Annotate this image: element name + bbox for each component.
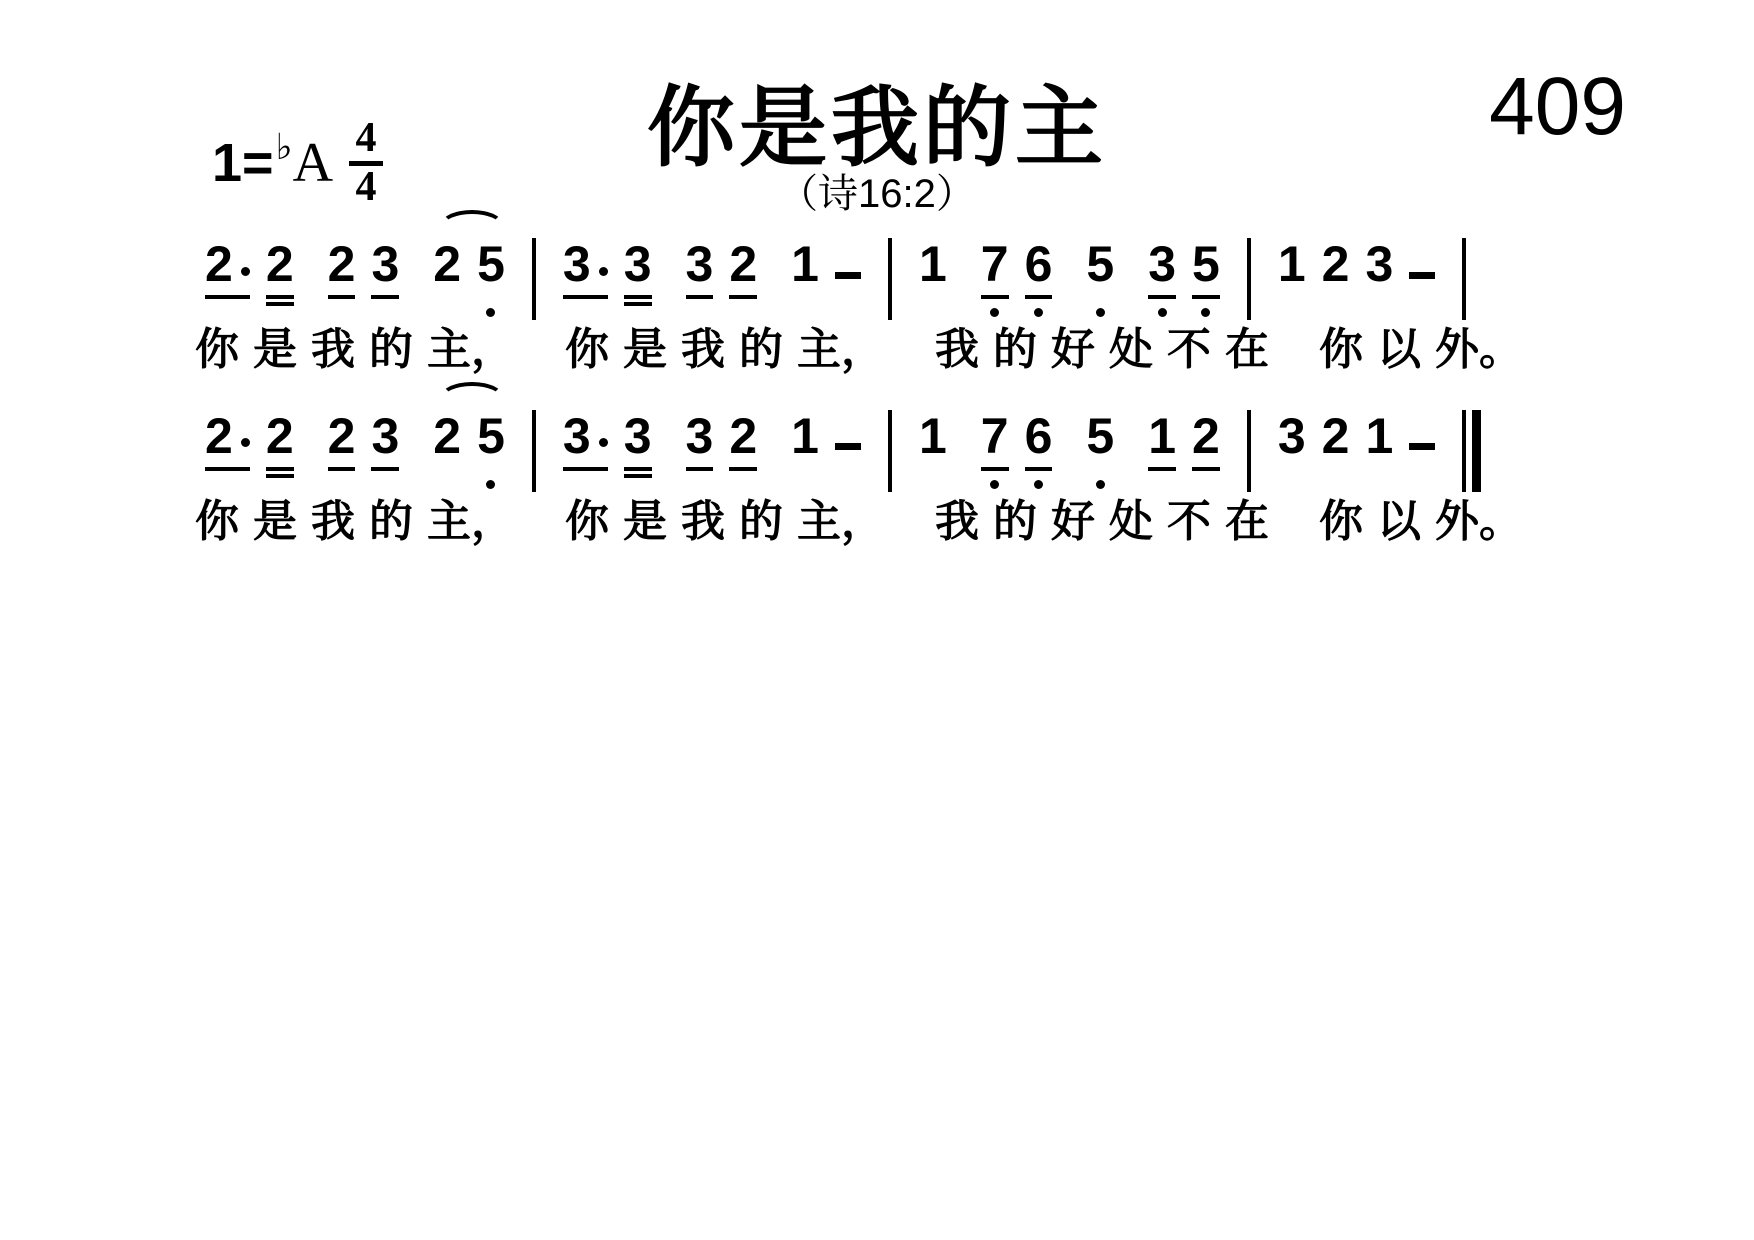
glyph-row: 1: [791, 410, 819, 462]
low-octave-dot: [486, 480, 495, 489]
octave-dot-row: [371, 308, 399, 323]
note-number: 5: [477, 239, 505, 289]
dash: [835, 272, 861, 279]
beam-line-2: [563, 302, 608, 306]
lyric-phrase: 你是我的主，: [188, 497, 522, 548]
beam-line: [1025, 295, 1053, 299]
glyph-row: 6: [1025, 410, 1053, 462]
glyph-row: 1: [791, 238, 819, 290]
beam-line-2: [1148, 302, 1176, 306]
octave-dot-row: [1278, 480, 1306, 495]
measure: 222325: [188, 238, 522, 323]
note-unit: 33: [555, 238, 660, 323]
octave-dot-row: [835, 308, 861, 323]
note-unit: 5: [1078, 238, 1122, 323]
beam-line-2: [1409, 474, 1435, 478]
lyrics-line: 你是我的主，你是我的主，我的好处不在你以外。: [188, 325, 1634, 376]
notes-row: 22232533321176512321: [188, 410, 1634, 495]
note: 1: [783, 238, 827, 323]
note: 3: [1140, 238, 1184, 323]
beam-line-2: [791, 302, 819, 306]
lyric-syllable: 处: [1102, 325, 1160, 376]
glyph-row: 3: [624, 238, 652, 290]
scripture-reference: （诗16:2）: [0, 162, 1754, 219]
octave-dot-row: [835, 480, 861, 495]
note: 3: [363, 410, 407, 495]
beam-line: [266, 467, 294, 471]
note-number: 2: [1192, 411, 1220, 461]
beam-line-2: [729, 302, 757, 306]
note-unit: 76: [973, 238, 1061, 323]
slur: [439, 210, 505, 244]
sheet-music-page: 1= ♭ A 4 4 你是我的主 （诗16:2） 409 22232533321…: [0, 0, 1754, 1240]
beam-line-2: [1409, 302, 1435, 306]
note-number: 3: [563, 411, 591, 461]
beam-line-2: [1365, 302, 1393, 306]
note-unit: 22: [197, 238, 302, 323]
note: 5: [469, 238, 513, 323]
octave-dot-row: [328, 480, 356, 495]
note-unit: 1: [911, 238, 955, 323]
note-number: 3: [686, 239, 714, 289]
octave-dot-row: [266, 308, 294, 323]
beam-line-2: [686, 474, 714, 478]
beam-line-2: [1278, 474, 1306, 478]
glyph-row: 3: [1365, 238, 1393, 290]
glyph-row: 1: [1148, 410, 1176, 462]
slur: [439, 382, 505, 416]
beam-line: [1148, 295, 1176, 299]
beam-line-2: [1025, 474, 1053, 478]
glyph-row: 2: [1192, 410, 1220, 462]
beam-line: [563, 467, 608, 471]
low-octave-dot: [1158, 308, 1167, 317]
note-number: 2: [205, 239, 233, 289]
note-number: 2: [433, 239, 461, 289]
beam-line-2: [477, 474, 505, 478]
augmentation-dot: [599, 438, 608, 447]
octave-dot-row: [1148, 308, 1176, 323]
note-unit: 321: [1270, 410, 1443, 495]
low-octave-dot: [1201, 308, 1210, 317]
lyric-phrase: 你以外。: [1312, 325, 1530, 376]
octave-dot-row: [791, 308, 819, 323]
lyric-syllable: 在: [1218, 497, 1276, 548]
note-number: 2: [328, 411, 356, 461]
note: 2: [1314, 238, 1358, 323]
glyph-row: 3: [563, 238, 608, 290]
measure: 33321: [546, 410, 878, 495]
lyrics-line: 你是我的主，你是我的主，我的好处不在你以外。: [188, 497, 1634, 548]
glyph-row: 1: [1278, 238, 1306, 290]
dash-note: [827, 238, 869, 323]
note-number: 3: [686, 411, 714, 461]
glyph-row: 3: [563, 410, 608, 462]
beam-line: [371, 467, 399, 471]
beam-line: [624, 295, 652, 299]
glyph-row: 2: [1322, 410, 1350, 462]
beam-line: [686, 467, 714, 471]
octave-dot-row: [1086, 480, 1114, 495]
note: 5: [1078, 238, 1122, 323]
note-number: 2: [266, 239, 294, 289]
beam-line: [1192, 295, 1220, 299]
note-unit: 33: [555, 410, 660, 495]
lyric-syllable: 你: [188, 497, 246, 548]
note-number: 2: [205, 411, 233, 461]
octave-dot-row: [1278, 308, 1306, 323]
barline: [888, 238, 892, 320]
low-octave-dot: [990, 480, 999, 489]
glyph-row: 3: [1278, 410, 1306, 462]
beam-line: [371, 295, 399, 299]
note-number: 1: [791, 239, 819, 289]
lyric-syllable: 的: [362, 325, 420, 376]
glyph-row: 1: [919, 410, 947, 462]
octave-dot-row: [1409, 308, 1435, 323]
lyric-syllable: 我: [304, 497, 362, 548]
lyric-syllable: 我: [674, 497, 732, 548]
beam-line-2: [1322, 302, 1350, 306]
lyric-phrase: 我的好处不在: [928, 325, 1276, 376]
note: 3: [616, 238, 660, 323]
note-number: 3: [563, 239, 591, 289]
note-number: 5: [477, 411, 505, 461]
octave-dot-row: [563, 480, 608, 495]
octave-dot-row: [981, 480, 1009, 495]
beam-line-2: [477, 302, 505, 306]
measure: 176535: [902, 238, 1237, 323]
beam-line-2: [205, 474, 250, 478]
beam-line-2: [205, 302, 250, 306]
glyph-row: 2: [328, 238, 356, 290]
beam-line: [1148, 467, 1176, 471]
notes-row: 22232533321176535123: [188, 238, 1634, 323]
note: 3: [616, 410, 660, 495]
glyph-row: 5: [477, 238, 505, 290]
octave-dot-row: [433, 480, 461, 495]
beam-line: [981, 295, 1009, 299]
beam-line: [563, 295, 608, 299]
note: 3: [678, 238, 722, 323]
music-line: 22232533321176535123你是我的主，你是我的主，我的好处不在你以…: [188, 238, 1634, 376]
octave-dot-row: [686, 480, 714, 495]
note-unit: 123: [1270, 238, 1443, 323]
lyric-syllable: 外。: [1428, 497, 1530, 548]
beam-line-2: [1086, 302, 1114, 306]
lyric-syllable: 的: [732, 325, 790, 376]
octave-dot-row: [624, 480, 652, 495]
beam-line: [433, 295, 461, 299]
note-number: 3: [371, 239, 399, 289]
lyric-syllable: 的: [362, 497, 420, 548]
octave-dot-row: [791, 480, 819, 495]
lyric-syllable: 我: [928, 325, 986, 376]
note: 2: [1184, 410, 1228, 495]
beam-line: [477, 295, 505, 299]
beam-line: [328, 295, 356, 299]
note: 3: [363, 238, 407, 323]
octave-dot-row: [1322, 308, 1350, 323]
note: 5: [1078, 410, 1122, 495]
beam-line: [433, 467, 461, 471]
glyph-row: 2: [205, 410, 250, 462]
note: 6: [1017, 410, 1061, 495]
glyph-row: 7: [981, 410, 1009, 462]
beam-line-2: [1192, 302, 1220, 306]
beam-line: [624, 467, 652, 471]
lyric-phrase: 我的好处不在: [928, 497, 1276, 548]
glyph-row: 2: [729, 238, 757, 290]
glyph-row: 5: [1086, 238, 1114, 290]
octave-dot-row: [205, 308, 250, 323]
note: 1: [1357, 410, 1401, 495]
beam-line: [266, 295, 294, 299]
note-number: 1: [791, 411, 819, 461]
barline: [1247, 410, 1251, 492]
beam-line: [1025, 467, 1053, 471]
lyric-phrase: 你是我的主，: [188, 325, 522, 376]
glyph-row: 5: [1086, 410, 1114, 462]
lyric-syllable: 我: [674, 325, 732, 376]
glyph-row: 3: [624, 410, 652, 462]
beam-line: [1409, 467, 1435, 471]
beam-line: [835, 467, 861, 471]
barline: [532, 410, 536, 492]
lyric-syllable: 以: [1370, 325, 1428, 376]
dash-note: [1401, 238, 1443, 323]
note: 3: [1357, 238, 1401, 323]
note: 2: [258, 410, 302, 495]
lyric-syllable: 我: [304, 325, 362, 376]
octave-dot-row: [1192, 308, 1220, 323]
measure: 222325: [188, 410, 522, 495]
beam-line-2: [791, 474, 819, 478]
note: 2: [320, 410, 364, 495]
note: 7: [973, 238, 1017, 323]
music-line: 22232533321176512321你是我的主，你是我的主，我的好处不在你以…: [188, 410, 1634, 548]
beam-line: [1365, 295, 1393, 299]
beam-line: [1278, 467, 1306, 471]
beam-line: [919, 467, 947, 471]
glyph-row: 2: [328, 410, 356, 462]
note-number: 1: [1278, 239, 1306, 289]
note: 7: [973, 410, 1017, 495]
lyric-syllable: 是: [246, 497, 304, 548]
note-number: 2: [328, 239, 356, 289]
glyph-row: 2: [266, 410, 294, 462]
lyric-syllable: 以: [1370, 497, 1428, 548]
note-number: 1: [1365, 411, 1393, 461]
beam-line: [1086, 295, 1114, 299]
beam-line-2: [919, 474, 947, 478]
beam-line: [835, 295, 861, 299]
octave-dot-row: [1086, 308, 1114, 323]
beam-line-2: [686, 302, 714, 306]
dash: [1409, 272, 1435, 279]
beam-line: [205, 295, 250, 299]
glyph-row: 5: [1192, 238, 1220, 290]
glyph-row: 3: [371, 238, 399, 290]
beam-line-2: [328, 474, 356, 478]
note-number: 7: [981, 411, 1009, 461]
final-barline: [1462, 410, 1481, 492]
octave-dot-row: [205, 480, 250, 495]
octave-dot-row: [477, 308, 505, 323]
beam-line: [729, 295, 757, 299]
beam-line: [1086, 467, 1114, 471]
note-number: 5: [1086, 411, 1114, 461]
note-number: 1: [1148, 411, 1176, 461]
glyph-row: 3: [686, 238, 714, 290]
note: 5: [1184, 238, 1228, 323]
beam-line-2: [835, 474, 861, 478]
beam-line-2: [1278, 302, 1306, 306]
beam-line-2: [981, 302, 1009, 306]
beam-line-2: [563, 474, 608, 478]
lyric-syllable: 是: [246, 325, 304, 376]
octave-dot-row: [477, 480, 505, 495]
octave-dot-row: [266, 480, 294, 495]
note-number: 6: [1025, 239, 1053, 289]
beam-line-2: [1025, 302, 1053, 306]
note: 2: [320, 238, 364, 323]
glyph-row: 2: [433, 238, 461, 290]
lyric-syllable: 你: [1312, 497, 1370, 548]
glyph-row: 3: [371, 410, 399, 462]
note: 2: [721, 410, 765, 495]
dash: [1409, 443, 1435, 450]
final-barline-thick: [1472, 410, 1481, 492]
note: 2: [425, 238, 469, 323]
note-number: 2: [1322, 239, 1350, 289]
note-number: 7: [981, 239, 1009, 289]
beam-line-2: [371, 302, 399, 306]
lyric-syllable: 你: [558, 325, 616, 376]
barline: [1247, 238, 1251, 320]
glyph-row: [1409, 410, 1435, 462]
glyph-row: 2: [266, 238, 294, 290]
note-number: 2: [1322, 411, 1350, 461]
lyric-syllable: 外。: [1428, 325, 1530, 376]
beam-line: [1192, 467, 1220, 471]
beam-line-2: [266, 302, 294, 306]
beam-line-2: [433, 474, 461, 478]
glyph-row: 2: [433, 410, 461, 462]
lyric-syllable: 你: [558, 497, 616, 548]
octave-dot-row: [919, 308, 947, 323]
lyric-syllable: 你: [1312, 325, 1370, 376]
dash: [835, 443, 861, 450]
music: 22232533321176535123你是我的主，你是我的主，我的好处不在你以…: [188, 238, 1634, 581]
note: 1: [911, 238, 955, 323]
note: 2: [721, 238, 765, 323]
note: 1: [783, 410, 827, 495]
note-number: 5: [1086, 239, 1114, 289]
note-number: 6: [1025, 411, 1053, 461]
low-octave-dot: [486, 308, 495, 317]
lyric-syllable: 你: [188, 325, 246, 376]
note: 3: [1270, 410, 1314, 495]
note-unit: 23: [320, 410, 408, 495]
lyric-phrase: 你以外。: [1312, 497, 1530, 548]
note-number: 5: [1192, 239, 1220, 289]
note-unit: 32: [678, 238, 766, 323]
beam-line-2: [624, 302, 652, 306]
glyph-row: [835, 410, 861, 462]
glyph-row: 3: [686, 410, 714, 462]
low-octave-dot: [1034, 308, 1043, 317]
note-unit: 12: [1140, 410, 1228, 495]
low-octave-dot: [1096, 480, 1105, 489]
note: 3: [555, 238, 616, 323]
beam-line-2: [1365, 474, 1393, 478]
octave-dot-row: [371, 480, 399, 495]
lyric-syllable: 主，: [790, 497, 892, 548]
note: 6: [1017, 238, 1061, 323]
note-number: 3: [1278, 411, 1306, 461]
note: 1: [911, 410, 955, 495]
barline: [888, 410, 892, 492]
low-octave-dot: [1096, 308, 1105, 317]
lyric-phrase: 你是我的主，: [558, 497, 892, 548]
lyric-syllable: 在: [1218, 325, 1276, 376]
lyric-syllable: 的: [986, 325, 1044, 376]
octave-dot-row: [1025, 308, 1053, 323]
beam-line: [328, 467, 356, 471]
final-barline-thin: [1462, 410, 1466, 492]
note-number: 3: [1365, 239, 1393, 289]
beam-line: [791, 295, 819, 299]
octave-dot-row: [1322, 480, 1350, 495]
augmentation-dot: [241, 438, 250, 447]
augmentation-dot: [599, 267, 608, 276]
beam-line: [686, 295, 714, 299]
hymn-number: 409: [1489, 66, 1626, 148]
glyph-row: 7: [981, 238, 1009, 290]
note-unit: 1: [783, 238, 869, 323]
lyric-syllable: 不: [1160, 497, 1218, 548]
lyric-syllable: 好: [1044, 325, 1102, 376]
note-number: 3: [624, 411, 652, 461]
note-unit: 23: [320, 238, 408, 323]
augmentation-dot: [241, 267, 250, 276]
note-unit: 5: [1078, 410, 1122, 495]
glyph-row: 3: [1148, 238, 1176, 290]
note: 2: [197, 238, 258, 323]
low-octave-dot: [990, 308, 999, 317]
octave-dot-row: [1192, 480, 1220, 495]
beam-line: [1322, 295, 1350, 299]
note-number: 2: [266, 411, 294, 461]
beam-line: [729, 467, 757, 471]
lyric-syllable: 是: [616, 497, 674, 548]
note: 2: [197, 410, 258, 495]
beam-line: [205, 467, 250, 471]
beam-line: [477, 467, 505, 471]
dash-note: [827, 410, 869, 495]
note: 2: [1314, 410, 1358, 495]
note-number: 2: [729, 411, 757, 461]
octave-dot-row: [729, 480, 757, 495]
note: 2: [425, 410, 469, 495]
low-octave-dot: [1034, 480, 1043, 489]
octave-dot-row: [624, 308, 652, 323]
barline: [1462, 238, 1466, 320]
octave-dot-row: [729, 308, 757, 323]
octave-dot-row: [919, 480, 947, 495]
measure: 33321: [546, 238, 878, 323]
